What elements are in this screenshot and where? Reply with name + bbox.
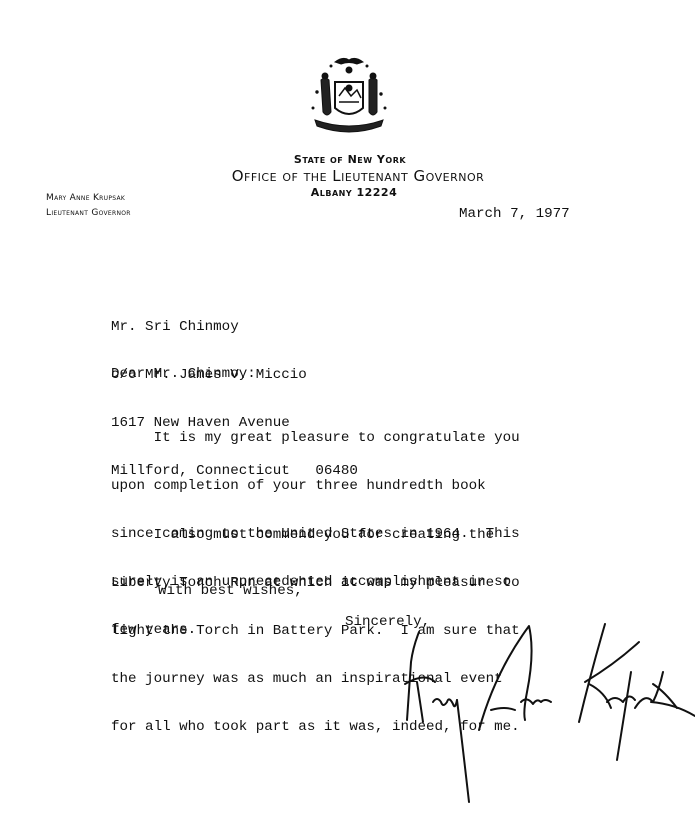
salutation: Dear Mr. Chinmoy: [111, 366, 256, 382]
body-line: I also must commend you for creating the [111, 527, 520, 543]
sender-name: Mary Anne Krupsak [46, 193, 125, 203]
letter-date: March 7, 1977 [459, 206, 570, 222]
letter-page: State of New York Office of the Lieutena… [0, 0, 700, 825]
body-line: It is my great pleasure to congratulate … [111, 430, 520, 446]
closing: With best wishes, [158, 583, 303, 599]
letterhead-state: State of New York [0, 153, 700, 166]
letterhead-office: Office of the Lieutenant Governor [8, 167, 700, 185]
sender-title: Lieutenant Governor [46, 208, 131, 218]
body-line: upon completion of your three hundredth … [111, 478, 520, 494]
handwritten-signature-icon [395, 612, 695, 807]
state-seal-icon [305, 52, 393, 142]
address-line: Mr. Sri Chinmoy [111, 319, 358, 335]
